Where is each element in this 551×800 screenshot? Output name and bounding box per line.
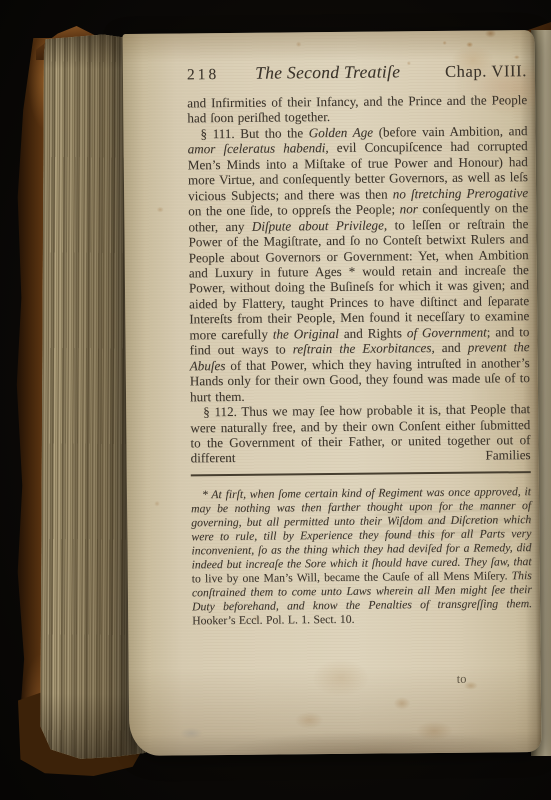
text-segment: Hooker’s Eccl. Pol. L. 1. Sect. 10. — [192, 613, 354, 628]
text-segment: and Rights — [339, 325, 407, 341]
book-photo: 218 The Second Treatiſe Chap. VIII. and … — [0, 0, 551, 800]
text-segment: and Infirmities of their Infancy, and th… — [187, 92, 527, 126]
text-segment: nor — [400, 201, 418, 216]
book-page: 218 The Second Treatiſe Chap. VIII. and … — [123, 30, 542, 756]
text-segment: amor ſceleratus habendi, — [188, 140, 329, 156]
body-paragraph-section-112: § 112. Thus we may ſee how probable it i… — [190, 401, 531, 466]
book-title: The Second Treatiſe — [255, 61, 400, 83]
text-segment: * At firſt, when ſome certain kind of Re… — [191, 485, 532, 571]
page-text-block: 218 The Second Treatiſe Chap. VIII. and … — [187, 60, 532, 628]
text-segment: § 112. Thus we may ſee how probable it i… — [190, 401, 530, 466]
text-segment: reſtrain the Exorbitances, — [293, 340, 435, 356]
text-segment: the Original — [273, 326, 339, 342]
text-segment: of Government — [407, 324, 487, 340]
body-paragraph-continuation: and Infirmities of their Infancy, and th… — [187, 92, 527, 126]
footnote: * At firſt, when ſome certain kind of Re… — [191, 485, 532, 628]
text-segment: Golden Age — [309, 125, 373, 141]
catchword: to — [457, 672, 467, 687]
text-segment: (before vain Ambition, and — [373, 123, 528, 139]
text-segment: no ſtretching Prerogative — [393, 185, 528, 201]
text-segment: § 111. But tho the — [200, 125, 308, 141]
running-header: 218 The Second Treatiſe Chap. VIII. — [187, 60, 527, 84]
text-segment: to leſſen or reſtrain the Power of the M… — [188, 216, 529, 342]
text-segment: on the one ſide, to oppreſs the People; — [188, 202, 400, 219]
text-segment: Diſpute about Privilege, — [252, 217, 387, 233]
body-paragraph-section-111: § 111. But tho the Golden Age (before va… — [187, 123, 530, 404]
page-number: 218 — [187, 66, 219, 84]
text-segment: and — [435, 340, 468, 355]
text-segment: of that Power, which they having intruſt… — [190, 355, 530, 404]
chapter-label: Chap. VIII. — [445, 61, 527, 82]
footnote-rule — [191, 471, 531, 476]
